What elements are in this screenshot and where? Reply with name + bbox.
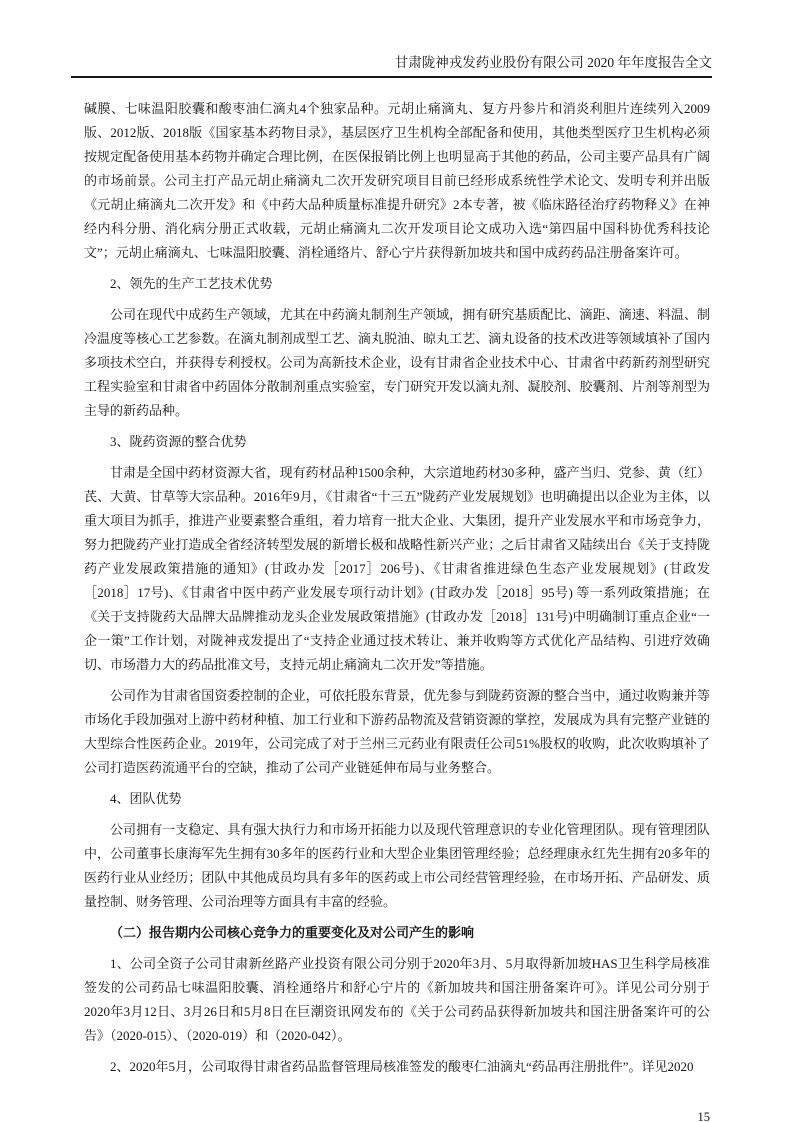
heading-core-competitiveness-change: （二）报告期内公司核心竞争力的重要变化及对公司产生的影响	[84, 921, 710, 945]
heading-team-advantage: 4、团队优势	[84, 787, 710, 811]
paragraph-production-technology: 公司在现代中成药生产领域，尤其在中药滴丸制剂生产领域，拥有研究基质配比、滴距、滴…	[84, 303, 710, 423]
report-page: 甘肃陇神戎发药业股份有限公司 2020 年年度报告全文 碱膜、七味温阳胶囊和酸枣…	[0, 0, 793, 1122]
heading-production-technology-advantage: 2、领先的生产工艺技术优势	[84, 272, 710, 296]
document-body: 碱膜、七味温阳胶囊和酸枣油仁滴丸4个独家品种。元胡止痛滴丸、复方丹参片和消炎利胆…	[84, 97, 710, 1122]
page-number: 15	[84, 1105, 710, 1122]
paragraph-resource-integration: 公司作为甘肃省国资委控制的企业，可依托股东背景，优先参与到陇药资源的整合当中，通…	[84, 684, 710, 780]
report-header-title: 甘肃陇神戎发药业股份有限公司 2020 年年度报告全文	[395, 55, 712, 70]
paragraph-team-advantage: 公司拥有一支稳定、具有强大执行力和市场开拓能力以及现代管理意识的专业化管理团队。…	[84, 818, 710, 914]
page-header: 甘肃陇神戎发药业股份有限公司 2020 年年度报告全文	[71, 54, 712, 78]
paragraph-longyao-policy: 甘肃是全国中药材资源大省，现有药材品种1500余种，大宗道地药材30多种，盛产当…	[84, 461, 710, 677]
paragraph-exclusive-varieties: 碱膜、七味温阳胶囊和酸枣油仁滴丸4个独家品种。元胡止痛滴丸、复方丹参片和消炎利胆…	[84, 97, 710, 265]
paragraph-singapore-registration: 1、公司全资子公司甘肃新丝路产业投资有限公司分别于2020年3月、5月取得新加坡…	[84, 952, 710, 1048]
paragraph-drug-reregistration: 2、2020年5月，公司取得甘肃省药品监督管理局核准签发的酸枣仁油滴丸“药品再注…	[84, 1055, 710, 1079]
heading-longyao-integration-advantage: 3、陇药资源的整合优势	[84, 430, 710, 454]
